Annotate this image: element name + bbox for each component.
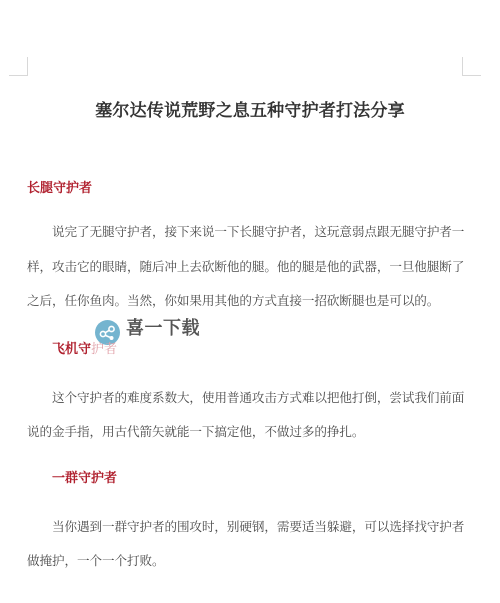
paragraph-line: 之后，任你鱼肉。当然，你如果用其他的方式直接一招砍断腿也是可以的。	[27, 290, 439, 309]
paragraph-line: 这个守护者的难度系数大，使用普通攻击方式难以把他打倒，尝试我们前面	[52, 387, 464, 406]
heading-faded-part: 护者	[91, 342, 117, 357]
paragraph-line: 说完了无腿守护者，接下来说一下长腿守护者，这玩意弱点跟无腿守护者一	[52, 221, 464, 240]
page-corner-marker-left	[9, 57, 28, 76]
heading-visible-part: 飞机守	[52, 342, 91, 357]
paragraph-line: 样，攻击它的眼睛，随后冲上去砍断他的腿。他的腿是他的武器，一旦他腿断了	[27, 256, 464, 275]
section-heading-airplane-guardian: 飞机守护者	[52, 338, 117, 357]
page-corner-marker-right	[462, 57, 481, 76]
watermark-text: 喜一下载	[126, 314, 200, 340]
section-heading-group-guardians: 一群守护者	[52, 467, 117, 486]
paragraph-line: 做掩护，一个一个打败。	[27, 550, 164, 569]
paragraph-line: 说的金手指，用古代箭矢就能一下搞定他，不做过多的挣扎。	[27, 421, 364, 440]
document-page: 塞尔达传说荒野之息五种守护者打法分享 长腿守护者 说完了无腿守护者，接下来说一下…	[0, 0, 500, 603]
paragraph-line: 当你遇到一群守护者的围攻时，别硬钢，需要适当躲避，可以选择找守护者	[52, 516, 464, 535]
section-heading-long-leg-guardian: 长腿守护者	[27, 177, 92, 196]
document-title: 塞尔达传说荒野之息五种守护者打法分享	[0, 96, 500, 121]
